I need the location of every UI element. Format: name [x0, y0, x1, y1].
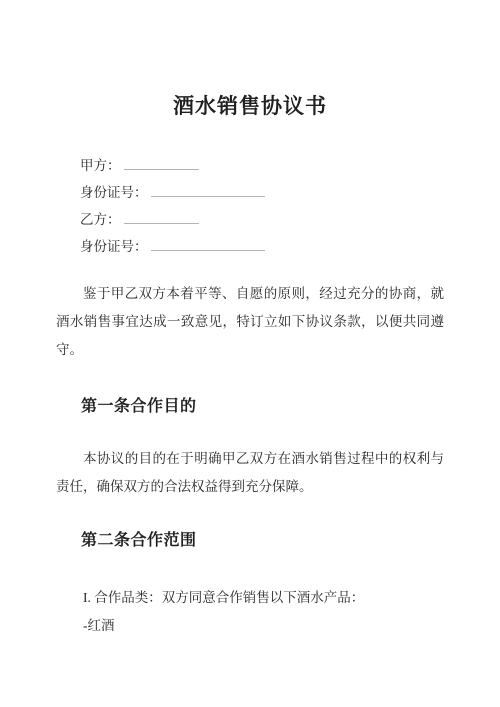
party-a-id-blank-line — [151, 182, 265, 197]
party-b-id-blank-line — [151, 236, 265, 251]
party-a-blank-line — [124, 155, 199, 170]
document-content: 酒水销售协议书 甲方： 身份证号： 乙方： 身份证号： 鉴于甲乙双方本着平等、自… — [0, 0, 500, 640]
section-2-list-intro: I. 合作品类：双方同意合作销售以下酒水产品： — [56, 584, 444, 612]
party-a-id-field: 身份证号： — [80, 179, 444, 206]
party-b-field: 乙方： — [80, 206, 444, 233]
document-title: 酒水销售协议书 — [56, 95, 444, 119]
section-2-list-item: -红酒 — [56, 612, 444, 640]
party-b-id-field: 身份证号： — [80, 233, 444, 260]
party-b-label: 乙方： — [80, 212, 121, 227]
party-a-label: 甲方： — [80, 158, 121, 173]
section-1-paragraph: 本协议的目的在于明确甲乙双方在酒水销售过程中的权利与责任，确保双方的合法权益得到… — [56, 445, 444, 501]
document-page: 酒水销售协议书 甲方： 身份证号： 乙方： 身份证号： 鉴于甲乙双方本着平等、自… — [0, 0, 500, 707]
party-a-id-label: 身份证号： — [80, 185, 148, 200]
preamble-paragraph: 鉴于甲乙双方本着平等、自愿的原则，经过充分的协商，就酒水销售事宜达成一致意见，特… — [56, 280, 444, 364]
party-b-blank-line — [124, 209, 199, 224]
party-fields: 甲方： 身份证号： 乙方： 身份证号： — [80, 152, 444, 260]
section-1-heading: 第一条合作目的 — [81, 396, 444, 418]
section-2-heading: 第二条合作范围 — [81, 530, 444, 552]
party-b-id-label: 身份证号： — [80, 239, 148, 254]
party-a-field: 甲方： — [80, 152, 444, 179]
